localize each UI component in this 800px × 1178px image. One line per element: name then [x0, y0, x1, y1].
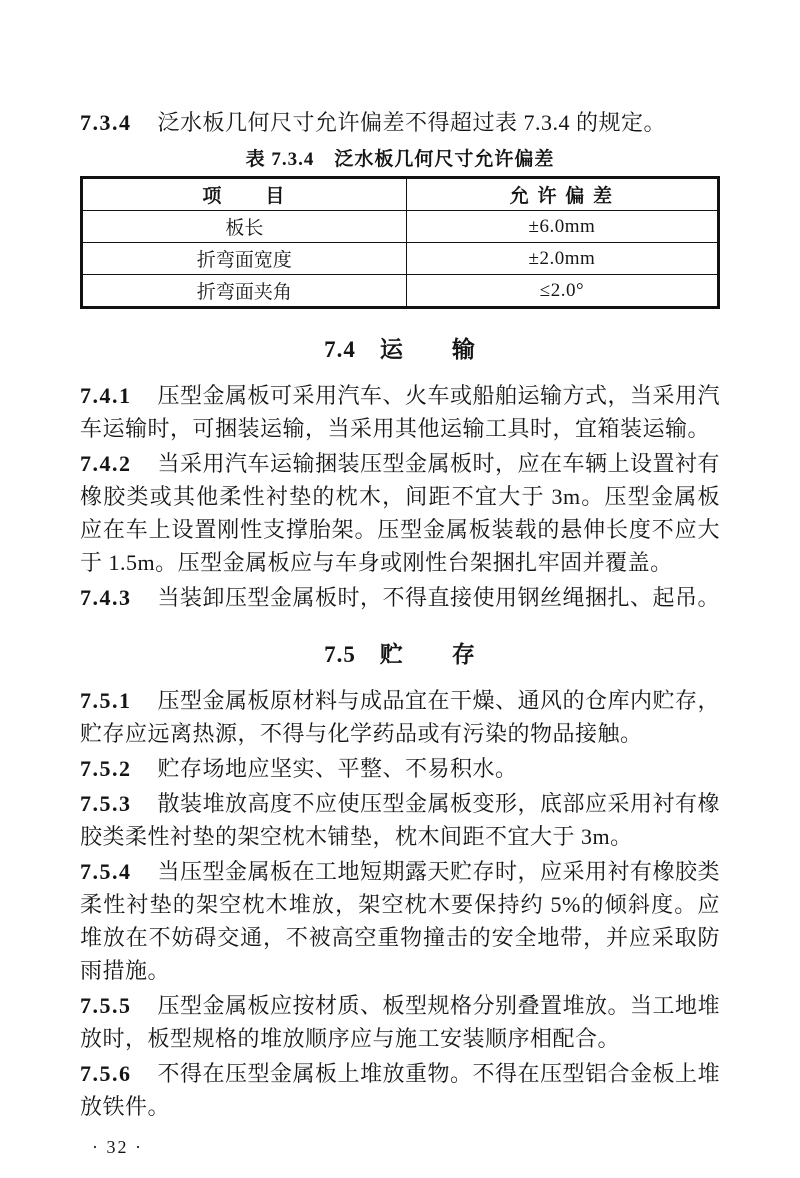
table-cell-item: 折弯面夹角	[82, 275, 407, 308]
clause-7-5-2: 7.5.2 贮存场地应坚实、平整、不易积水。	[80, 752, 720, 785]
table-cell-value: ±6.0mm	[406, 211, 718, 243]
clause-7-4-1: 7.4.1 压型金属板可采用汽车、火车或船舶运输方式，当采用汽车运输时，可捆装运…	[80, 379, 720, 445]
clause-text: 压型金属板原材料与成品宜在干燥、通风的仓库内贮存，贮存应远离热源，不得与化学药品…	[80, 688, 720, 746]
clause-text: 压型金属板可采用汽车、火车或船舶运输方式，当采用汽车运输时，可捆装运输，当采用其…	[80, 383, 720, 441]
clause-number: 7.4.2	[80, 451, 132, 476]
clause-number: 7.5.6	[80, 1061, 132, 1086]
clause-7-5-3: 7.5.3 散装堆放高度不应使压型金属板变形，底部应采用衬有橡胶类柔性衬垫的架空…	[80, 787, 720, 853]
clause-7-4-2: 7.4.2 当采用汽车运输捆装压型金属板时，应在车辆上设置衬有橡胶类或其他柔性衬…	[80, 447, 720, 579]
clause-text: 不得在压型金属板上堆放重物。不得在压型铝合金板上堆放铁件。	[80, 1061, 720, 1119]
table-header-item: 项 目	[82, 178, 407, 211]
table-title: 表 7.3.4 泛水板几何尺寸允许偏差	[80, 144, 720, 171]
clause-7-5-4: 7.5.4 当压型金属板在工地短期露天贮存时，应采用衬有橡胶类柔性衬垫的架空枕木…	[80, 855, 720, 987]
clause-number: 7.5.1	[80, 688, 132, 713]
table-header-tolerance: 允 许 偏 差	[406, 178, 718, 211]
clause-text: 当装卸压型金属板时，不得直接使用钢丝绳捆扎、起吊。	[158, 585, 721, 610]
clause-number: 7.5.4	[80, 859, 132, 884]
table-header-row: 项 目 允 许 偏 差	[82, 178, 719, 211]
clause-text: 当压型金属板在工地短期露天贮存时，应采用衬有橡胶类柔性衬垫的架空枕木堆放，架空枕…	[80, 859, 720, 983]
clause-7-5-5: 7.5.5 压型金属板应按材质、板型规格分别叠置堆放。当工地堆放时，板型规格的堆…	[80, 989, 720, 1055]
tolerance-table: 项 目 允 许 偏 差 板长 ±6.0mm 折弯面宽度 ±2.0mm 折弯面夹角…	[80, 176, 720, 309]
table-cell-item: 折弯面宽度	[82, 243, 407, 275]
clause-text: 当采用汽车运输捆装压型金属板时，应在车辆上设置衬有橡胶类或其他柔性衬垫的枕木，间…	[80, 451, 720, 575]
clause-number: 7.4.1	[80, 383, 132, 408]
table-cell-value: ±2.0mm	[406, 243, 718, 275]
clause-number: 7.5.5	[80, 993, 132, 1018]
section-heading-7-4: 7.4 运 输	[80, 331, 720, 364]
table-cell-value: ≤2.0°	[406, 275, 718, 308]
clause-number: 7.4.3	[80, 585, 132, 610]
clause-text: 压型金属板应按材质、板型规格分别叠置堆放。当工地堆放时，板型规格的堆放顺序应与施…	[80, 993, 720, 1051]
clause-text: 泛水板几何尺寸允许偏差不得超过表 7.3.4 的规定。	[158, 110, 667, 135]
table-row: 折弯面夹角 ≤2.0°	[82, 275, 719, 308]
section-heading-7-5: 7.5 贮 存	[80, 636, 720, 669]
clause-7-5-6: 7.5.6 不得在压型金属板上堆放重物。不得在压型铝合金板上堆放铁件。	[80, 1057, 720, 1123]
clause-number: 7.5.2	[80, 756, 132, 781]
table-cell-item: 板长	[82, 211, 407, 243]
clause-text: 散装堆放高度不应使压型金属板变形，底部应采用衬有橡胶类柔性衬垫的架空枕木铺垫，枕…	[80, 791, 720, 849]
clause-number: 7.3.4	[80, 110, 132, 135]
clause-7-3-4: 7.3.4 泛水板几何尺寸允许偏差不得超过表 7.3.4 的规定。	[80, 106, 720, 139]
clause-text: 贮存场地应坚实、平整、不易积水。	[158, 756, 518, 781]
table-row: 板长 ±6.0mm	[82, 211, 719, 243]
clause-7-4-3: 7.4.3 当装卸压型金属板时，不得直接使用钢丝绳捆扎、起吊。	[80, 581, 720, 614]
table-row: 折弯面宽度 ±2.0mm	[82, 243, 719, 275]
page-number: · 32 ·	[92, 1137, 720, 1158]
clause-number: 7.5.3	[80, 791, 132, 816]
clause-7-5-1: 7.5.1 压型金属板原材料与成品宜在干燥、通风的仓库内贮存，贮存应远离热源，不…	[80, 684, 720, 750]
document-page: 7.3.4 泛水板几何尺寸允许偏差不得超过表 7.3.4 的规定。 表 7.3.…	[0, 0, 800, 1178]
